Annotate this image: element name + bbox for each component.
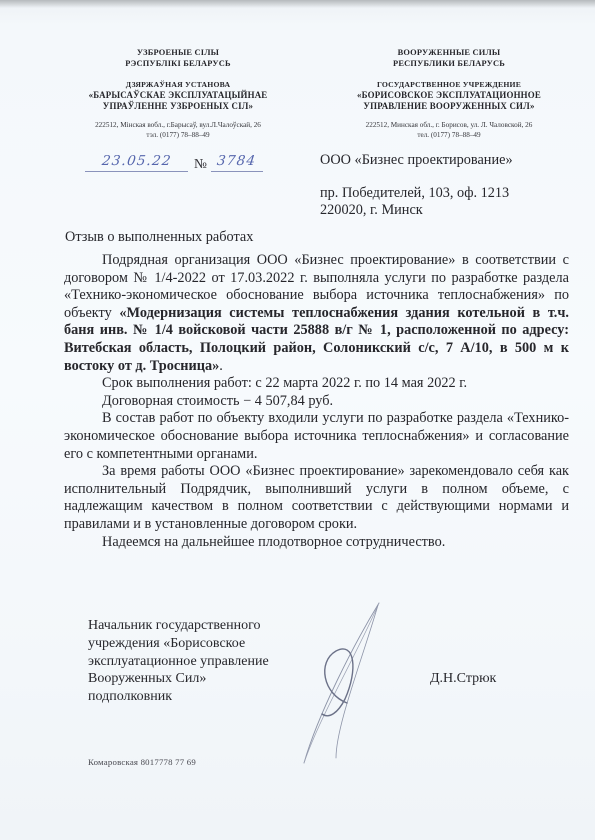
- recipient-address-line2: 220020, г. Минск: [320, 202, 513, 219]
- number-underline: 3784: [211, 153, 263, 172]
- body-paragraph: В состав работ по объекту входили услуги…: [64, 410, 569, 463]
- body-paragraph: За время работы ООО «Бизнес проектирован…: [64, 463, 569, 533]
- org-type-ru: ГОСУДАРСТВЕННОЕ УЧРЕЖДЕНИЕ: [318, 80, 580, 90]
- number-sign: №: [194, 156, 207, 171]
- text-segment: «Модернизация системы теплоснабжения зда…: [64, 305, 569, 374]
- org-address-ru: 222512, Минская обл., г. Борисов, ул. Л.…: [318, 121, 580, 130]
- text-segment: Срок выполнения работ: с 22 марта 2022 г…: [102, 375, 467, 391]
- org-type-by: ДЗЯРЖАЎНАЯ УСТАНОВА: [38, 80, 318, 90]
- letter-body: Подрядная организация ООО «Бизнес проект…: [64, 252, 569, 551]
- recipient-name: ООО «Бизнес проектирование»: [320, 152, 513, 169]
- org-forces-line1-ru: ВООРУЖЕННЫЕ СИЛЫ: [318, 48, 580, 59]
- handwritten-number: 3784: [216, 153, 257, 169]
- scan-top-edge: [0, 0, 595, 8]
- text-segment: За время работы ООО «Бизнес проектирован…: [64, 463, 569, 532]
- executor-contact: Комаровская 8017778 77 69: [88, 757, 196, 767]
- org-forces-line2-ru: РЕСПУБЛИКИ БЕЛАРУСЬ: [318, 59, 580, 70]
- recipient-block: ООО «Бизнес проектирование» пр. Победите…: [320, 152, 513, 219]
- letterhead-russian: ВООРУЖЕННЫЕ СИЛЫ РЕСПУБЛИКИ БЕЛАРУСЬ ГОС…: [318, 48, 580, 140]
- org-phone-by: тэл. (0177) 78–88–49: [38, 131, 318, 140]
- body-paragraph: Договорная стоимость − 4 507,84 руб.: [64, 393, 569, 411]
- body-paragraph: Надеемся на дальнейшее плодотворное сотр…: [64, 534, 569, 552]
- letterhead-belarusian: УЗБРОЕНЫЕ СІЛЫ РЭСПУБЛІКІ БЕЛАРУСЬ ДЗЯРЖ…: [38, 48, 318, 140]
- org-name-line1-ru: «БОРИСОВСКОЕ ЭКСПЛУАТАЦИОННОЕ: [318, 90, 580, 101]
- org-name-line2-ru: УПРАВЛЕНИЕ ВООРУЖЕННЫХ СИЛ»: [318, 101, 580, 112]
- reference-line: 23.05.22№3784: [85, 153, 263, 172]
- handwritten-date: 23.05.22: [101, 153, 173, 169]
- date-underline: 23.05.22: [85, 153, 188, 172]
- signer-position: Начальник государственного учреждения «Б…: [88, 617, 328, 706]
- text-segment: .: [219, 358, 223, 374]
- org-phone-ru: тел. (0177) 78–88–49: [318, 131, 580, 140]
- org-forces-line2-by: РЭСПУБЛІКІ БЕЛАРУСЬ: [38, 59, 318, 70]
- text-segment: В состав работ по объекту входили услуги…: [64, 410, 569, 461]
- body-paragraph: Подрядная организация ООО «Бизнес проект…: [64, 252, 569, 375]
- recipient-address-line1: пр. Победителей, 103, оф. 1213: [320, 185, 513, 202]
- body-paragraph: Срок выполнения работ: с 22 марта 2022 г…: [64, 375, 569, 393]
- scanned-letter-page: УЗБРОЕНЫЕ СІЛЫ РЭСПУБЛІКІ БЕЛАРУСЬ ДЗЯРЖ…: [0, 0, 595, 840]
- org-name-line2-by: УПРАЎЛЕННЕ УЗБРОЕНЫХ СІЛ»: [38, 101, 318, 112]
- org-address-by: 222512, Мінская вобл., г.Барысаў, вул.Л.…: [38, 121, 318, 130]
- text-segment: Надеемся на дальнейшее плодотворное сотр…: [102, 534, 445, 550]
- signer-name: Д.Н.Стрюк: [430, 671, 496, 687]
- org-name-line1-by: «БАРЫСАЎСКАЕ ЭКСПЛУАТАЦЫЙНАЕ: [38, 90, 318, 101]
- letter-subject: Отзыв о выполненных работах: [65, 229, 253, 246]
- text-segment: Договорная стоимость − 4 507,84 руб.: [102, 393, 333, 409]
- org-forces-line1-by: УЗБРОЕНЫЕ СІЛЫ: [38, 48, 318, 59]
